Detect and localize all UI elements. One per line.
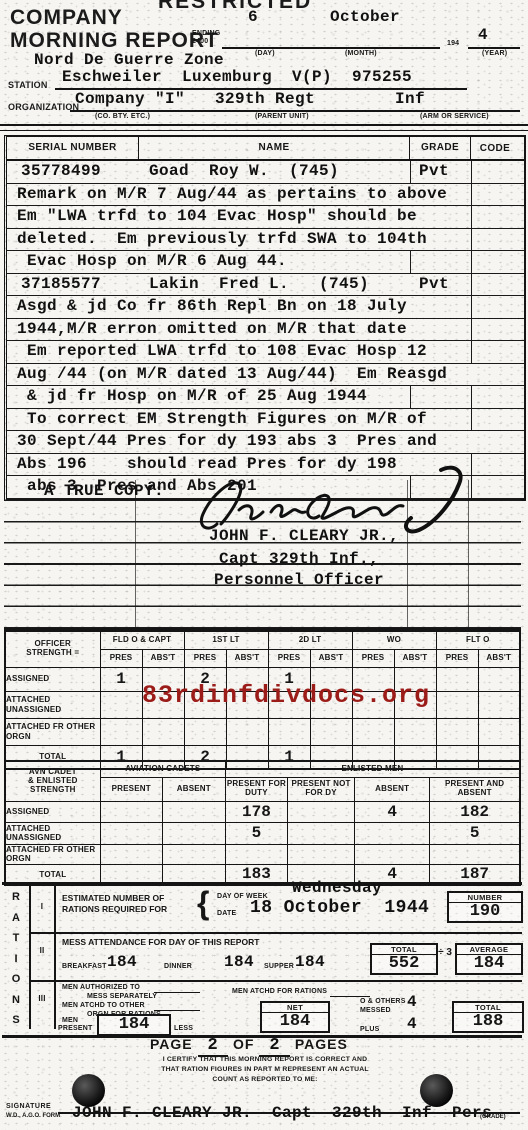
org-sub-arm: (ARM OR SERVICE) [420,113,489,120]
roster-row-remark: Em reported LWA trfd to 108 Evac Hosp 12 [7,341,524,364]
year-rule [468,47,520,49]
serial-number: 37185577 [21,275,101,293]
col-grade: GRADE [410,137,471,159]
month-label: (MONTH) [345,50,377,57]
serial-number: 35778499 [21,162,101,180]
dinner-label: DINNER [164,963,192,970]
plus-label: PLUS [360,1026,379,1033]
year-prefix: 194 [447,40,459,47]
roster-row-remark: Asgd & jd Co fr 86th Repl Bn on 18 July [7,296,524,319]
remark-text: Aug /44 (on M/R dated 13 Aug/44) Em Reas… [17,365,447,383]
organization-rule [70,110,520,112]
men-atchd-rations-label: MEN ATCHD FOR RATIONS [232,988,327,995]
certification-text: I CERTIFY THAT THIS MORNING REPORT IS CO… [120,1055,410,1085]
punch-hole-right [420,1074,453,1107]
breakfast-label: BREAKFAST [62,963,107,970]
dinner-value: 184 [224,953,254,971]
zone-entry: Nord De Guerre Zone [34,51,224,69]
day-of-week-value: Wednesday [292,879,382,897]
col-present-and-absent: PRESENT AND ABSENT [430,777,520,801]
brace-glyph: { [197,885,209,922]
pages-total: 2 [259,1036,290,1057]
less-label: LESS [174,1025,193,1032]
supper-label: SUPPER [264,963,294,970]
certifier-title: Personnel Officer [214,571,384,589]
date-label: DATE [217,910,236,917]
rations-row3-numeral: III [34,995,50,1004]
roster-row-remark: Remark on M/R 7 Aug/44 as pertains to ab… [7,184,524,207]
remark-text: deleted. Em previously trfd SWA to 104th [17,230,427,248]
avn-strength-title: AVN CADET & ENLISTED STRENGTH [5,761,100,801]
report-month: October [330,8,400,26]
group-1st-lt: 1ST LT [184,631,268,649]
page-indicator: PAGE 2 OF 2 PAGES [150,1036,348,1055]
men-present-box: 184 [97,1014,171,1036]
rations-required-label: ESTIMATED NUMBER OF RATIONS REQUIRED FOR [62,893,167,915]
col-absent: ABSENT [162,777,225,801]
men-present-value: 184 [99,1016,169,1034]
signature-strike-line [58,1112,520,1114]
mess-average-value: 184 [457,955,521,973]
mess-attendance-label: MESS ATTENDANCE FOR DAY OF THIS REPORT [62,937,259,947]
remark-text: Em "LWA trfd to 104 Evac Hosp" should be [17,207,417,225]
roster-row-remark: Aug /44 (on M/R dated 13 Aug/44) Em Reas… [7,364,524,387]
soldier-name: Lakin Fred L. (745) [149,275,369,293]
group-aviation-cadets: AVIATION CADETS [100,761,225,777]
net-box: NET 184 [260,1001,330,1033]
organization-value: Company "I" 329th Regt Inf [75,90,425,108]
men-authorized-label: MEN AUTHORIZED TO [62,984,140,991]
rations-section: RATIONS I II III ESTIMATED NUMBER OF RAT… [2,882,522,1038]
grade-value: Pvt [419,162,449,180]
sub-pres: PRES [100,649,142,667]
col-present-not-for-dy: PRESENT NOT FOR DY [288,777,355,801]
men-atchd-other-label: MEN ATCHD TO OTHER [62,1002,145,1009]
ration-number-box: NUMBER 190 [447,891,523,923]
signature-label: SIGNATURE [6,1103,51,1110]
col-em-absent: ABSENT [355,777,430,801]
avn-row-attached-unassigned: ATTACHED UNASSIGNED 5 5 [5,822,520,844]
divide-by-three: ÷ 3 [438,947,452,958]
org-sub-parent: (PARENT UNIT) [255,113,309,120]
ration-date-value: 18 October 1944 [250,898,429,918]
col-name: NAME [139,137,410,159]
col-present: PRESENT [100,777,162,801]
group-2d-lt: 2D LT [268,631,352,649]
supper-value: 184 [295,953,325,971]
header-divider [0,124,528,131]
officer-strength-title: OFFICER STRENGTH = [5,631,100,667]
remark-text: Em reported LWA trfd to 108 Evac Hosp 12 [17,342,427,360]
group-wo: WO [352,631,436,649]
station-value: Eschweiler Luxemburg V(P) 975255 [62,68,412,86]
ending-2400-label: 2400 [192,38,208,45]
soldier-name: Goad Roy W. (745) [149,162,339,180]
report-day: 6 [248,8,258,26]
certifier-rank: Capt 329th Inf., [219,550,379,568]
col-serial-number: SERIAL NUMBER [7,137,139,159]
day-label: (DAY) [255,50,275,57]
form-title-morning-report: MORNING REPORT [10,29,219,53]
organization-label: ORGANIZATION [8,102,79,112]
year-label: (YEAR) [482,50,507,57]
roster-row-entry: 37185577 Lakin Fred L. (745) Pvt [7,274,524,297]
roster-row-remark: 1944,M/R erron omitted on M/R that date [7,319,524,342]
org-sub-co: (CO. BTY. ETC.) [95,113,150,120]
roster-row-entry: 35778499 Goad Roy W. (745) Pvt [7,161,524,184]
rations-row2-numeral: II [34,947,50,956]
plus-value: 4 [407,1015,417,1033]
handwritten-signature [179,462,479,542]
morning-report-document: RESTRICTED COMPANY MORNING REPORT ENDING… [0,0,528,1130]
rations-row1-numeral: I [34,903,50,912]
roster-row-remark: Em "LWA trfd to 104 Evac Hosp" should be [7,206,524,229]
ending-label: ENDING [192,30,220,37]
officer-row-attached-other: ATTACHED FR OTHER ORGN [5,718,520,745]
mess-total-box: TOTAL 552 [370,943,438,975]
punch-hole-left [72,1074,105,1107]
ration-number-value: 190 [449,903,521,921]
mess-total-value: 552 [372,955,436,973]
remark-text: Asgd & jd Co fr 86th Repl Bn on 18 July [17,297,407,315]
roster-table: SERIAL NUMBER NAME GRADE CODE 35778499 G… [4,135,526,501]
group-fldo-capt: FLD O & CAPT [100,631,184,649]
col-present-for-duty: PRESENT FOR DUTY [225,777,287,801]
roster-row-remark: & jd fr Hosp on M/R of 25 Aug 1944 [7,386,524,409]
report-year: 4 [478,26,488,44]
rations-vertical-label: RATIONS [6,887,26,1031]
net-value: 184 [262,1013,328,1031]
form-title-company: COMPANY [10,6,123,30]
station-label: STATION [8,80,48,90]
remark-text: 1944,M/R erron omitted on M/R that date [17,320,407,338]
remark-text: & jd fr Hosp on M/R of 25 Aug 1944 [17,387,367,405]
certification-block: A TRUE COPY: JOHN F. CLEARY JR., Capt 32… [4,480,521,630]
remark-text: Remark on M/R 7 Aug/44 as pertains to ab… [17,185,447,203]
o-and-others-label: O & OTHERS [360,998,406,1005]
enlisted-strength-table: AVN CADET & ENLISTED STRENGTH AVIATION C… [4,760,521,886]
remark-text: 30 Sept/44 Pres for dy 193 abs 3 Pres an… [17,432,437,450]
roster-header-row: SERIAL NUMBER NAME GRADE CODE [7,137,524,161]
o-others-value: 4 [407,993,417,1011]
archive-watermark: 83rdinfdivdocs.org [142,681,430,710]
roster-row-remark: To correct EM Strength Figures on M/R of [7,409,524,432]
col-code: CODE [471,143,519,154]
rations-total-value: 188 [454,1013,522,1031]
remark-text: Evac Hosp on M/R 6 Aug 44. [17,252,287,270]
date-rule [222,47,440,49]
breakfast-value: 184 [107,953,137,971]
roster-row-remark: deleted. Em previously trfd SWA to 104th [7,229,524,252]
group-flt-o: FLT O [436,631,520,649]
roster-row-remark: 30 Sept/44 Pres for dy 193 abs 3 Pres an… [7,431,524,454]
mess-average-box: AVERAGE 184 [455,943,523,975]
grade-value: Pvt [419,275,449,293]
rations-total-box: TOTAL 188 [452,1001,524,1033]
grade-sub-label: (GRADE) [480,1114,506,1120]
sub-abst: ABS'T [142,649,184,667]
page-number: 2 [198,1036,229,1057]
remark-text: To correct EM Strength Figures on M/R of [17,410,427,428]
avn-row-attached-other: ATTACHED FR OTHER ORGN [5,844,520,864]
group-enlisted-men: ENLISTED MEN [225,761,520,777]
avn-row-assigned: ASSIGNED 178 4 182 [5,801,520,822]
restricted-stamp: RESTRICTED [158,0,312,14]
men-present-label: MEN [62,1017,78,1024]
form-number-label: W.D., A.G.O. FORM [6,1113,60,1119]
roster-row-remark: Evac Hosp on M/R 6 Aug 44. [7,251,524,274]
